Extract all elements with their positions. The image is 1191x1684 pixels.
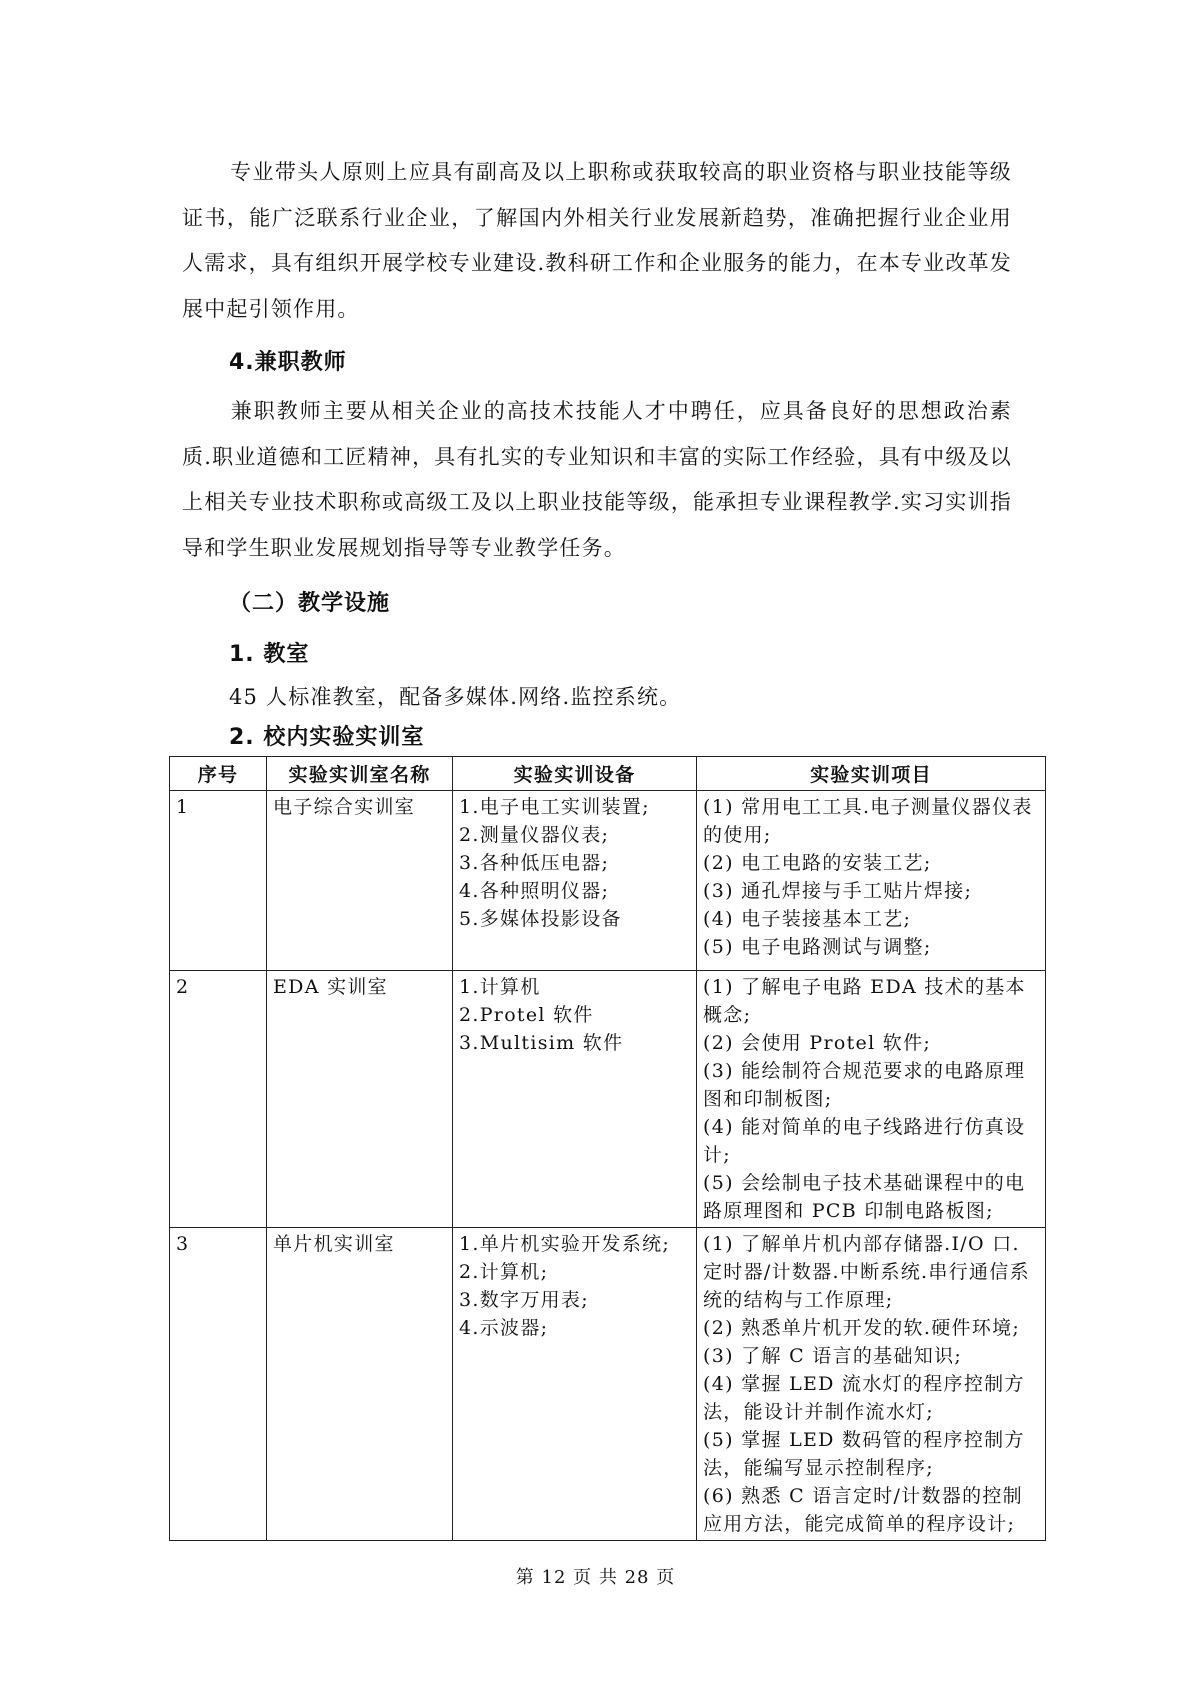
column-header-name: 实验实训室名称 [267, 757, 453, 791]
project-item: (6) 熟悉 C 语言定时/计数器的控制应用方法，能完成简单的程序设计; [703, 1482, 1039, 1538]
table-row: 1 电子综合实训室 1.电子电工实训装置; 2.测量仪器仪表; 3.各种低压电器… [170, 791, 1046, 971]
equipment-item: 2.Protel 软件 [459, 1001, 690, 1029]
part-time-teacher-heading: 4.兼职教师 [229, 345, 347, 376]
equipment-item: 4.各种照明仪器; [459, 877, 690, 905]
equipment-item: 4.示波器; [459, 1314, 690, 1342]
column-header-projects: 实验实训项目 [697, 757, 1046, 791]
lab-projects: (1) 常用电工工具.电子测量仪器仪表的使用; (2) 电工电路的安装工艺; (… [697, 791, 1046, 971]
equipment-item: 1.单片机实验开发系统; [459, 1230, 690, 1258]
project-item: (5) 掌握 LED 数码管的程序控制方法，能编写显示控制程序; [703, 1426, 1039, 1482]
lab-name: 电子综合实训室 [267, 791, 453, 971]
equipment-item: 5.多媒体投影设备 [459, 905, 690, 933]
project-item: (3) 能绘制符合规范要求的电路原理图和印制板图; [703, 1057, 1039, 1113]
project-item: (5) 会绘制电子技术基础课程中的电路原理图和 PCB 印制电路板图; [703, 1169, 1039, 1225]
equipment-item: 2.测量仪器仪表; [459, 821, 690, 849]
project-item: (4) 掌握 LED 流水灯的程序控制方法，能设计并制作流水灯; [703, 1370, 1039, 1426]
lab-no: 2 [170, 971, 267, 1228]
lab-projects: (1) 了解电子电路 EDA 技术的基本概念; (2) 会使用 Protel 软… [697, 971, 1046, 1228]
project-item: (1) 了解电子电路 EDA 技术的基本概念; [703, 973, 1039, 1029]
equipment-item: 3.数字万用表; [459, 1286, 690, 1314]
classroom-description: 45 人标准教室，配备多媒体.网络.监控系统。 [229, 681, 681, 711]
project-item: (2) 会使用 Protel 软件; [703, 1029, 1039, 1057]
equipment-item: 1.电子电工实训装置; [459, 793, 690, 821]
leader-requirements-text: 专业带头人原则上应具有副高及以上职称或获取较高的职业资格与职业技能等级证书，能广… [182, 160, 1012, 321]
table-row: 3 单片机实训室 1.单片机实验开发系统; 2.计算机; 3.数字万用表; 4.… [170, 1228, 1046, 1541]
project-item: (2) 电工电路的安装工艺; [703, 849, 1039, 877]
lab-projects: (1) 了解单片机内部存储器.I/O 口.定时器/计数器.中断系统.串行通信系统… [697, 1228, 1046, 1541]
equipment-item: 3.Multisim 软件 [459, 1029, 690, 1057]
lab-equipment: 1.计算机 2.Protel 软件 3.Multisim 软件 [453, 971, 697, 1228]
column-header-equipment: 实验实训设备 [453, 757, 697, 791]
labs-table-header-row: 序号 实验实训室名称 实验实训设备 实验实训项目 [170, 757, 1046, 791]
lab-name: EDA 实训室 [267, 971, 453, 1228]
table-row: 2 EDA 实训室 1.计算机 2.Protel 软件 3.Multisim 软… [170, 971, 1046, 1228]
teaching-facilities-heading: （二）教学设施 [229, 586, 390, 617]
document-page: 专业带头人原则上应具有副高及以上职称或获取较高的职业资格与职业技能等级证书，能广… [0, 0, 1191, 1684]
project-item: (3) 了解 C 语言的基础知识; [703, 1342, 1039, 1370]
project-item: (1) 常用电工工具.电子测量仪器仪表的使用; [703, 793, 1039, 849]
lab-no: 1 [170, 791, 267, 971]
project-item: (1) 了解单片机内部存储器.I/O 口.定时器/计数器.中断系统.串行通信系统… [703, 1230, 1039, 1314]
equipment-item: 2.计算机; [459, 1258, 690, 1286]
part-time-teacher-paragraph: 兼职教师主要从相关企业的高技术技能人才中聘任，应具备良好的思想政治素质.职业道德… [182, 389, 1012, 571]
leader-requirements-paragraph: 专业带头人原则上应具有副高及以上职称或获取较高的职业资格与职业技能等级证书，能广… [182, 150, 1012, 332]
lab-no: 3 [170, 1228, 267, 1541]
project-item: (2) 熟悉单片机开发的软.硬件环境; [703, 1314, 1039, 1342]
column-header-no: 序号 [170, 757, 267, 791]
lab-name: 单片机实训室 [267, 1228, 453, 1541]
project-item: (4) 电子装接基本工艺; [703, 905, 1039, 933]
equipment-item: 3.各种低压电器; [459, 849, 690, 877]
classroom-heading: 1. 教室 [229, 637, 309, 668]
project-item: (4) 能对简单的电子线路进行仿真设计; [703, 1113, 1039, 1169]
lab-equipment: 1.单片机实验开发系统; 2.计算机; 3.数字万用表; 4.示波器; [453, 1228, 697, 1541]
lab-equipment: 1.电子电工实训装置; 2.测量仪器仪表; 3.各种低压电器; 4.各种照明仪器… [453, 791, 697, 971]
project-item: (3) 通孔焊接与手工贴片焊接; [703, 877, 1039, 905]
labs-table: 序号 实验实训室名称 实验实训设备 实验实训项目 1 电子综合实训室 1.电子电… [169, 756, 1046, 1541]
part-time-teacher-text: 兼职教师主要从相关企业的高技术技能人才中聘任，应具备良好的思想政治素质.职业道德… [182, 399, 1012, 560]
page-number-footer: 第 12 页 共 28 页 [0, 1563, 1191, 1589]
equipment-item: 1.计算机 [459, 973, 690, 1001]
labs-heading: 2. 校内实验实训室 [229, 720, 424, 751]
project-item: (5) 电子电路测试与调整; [703, 933, 1039, 961]
